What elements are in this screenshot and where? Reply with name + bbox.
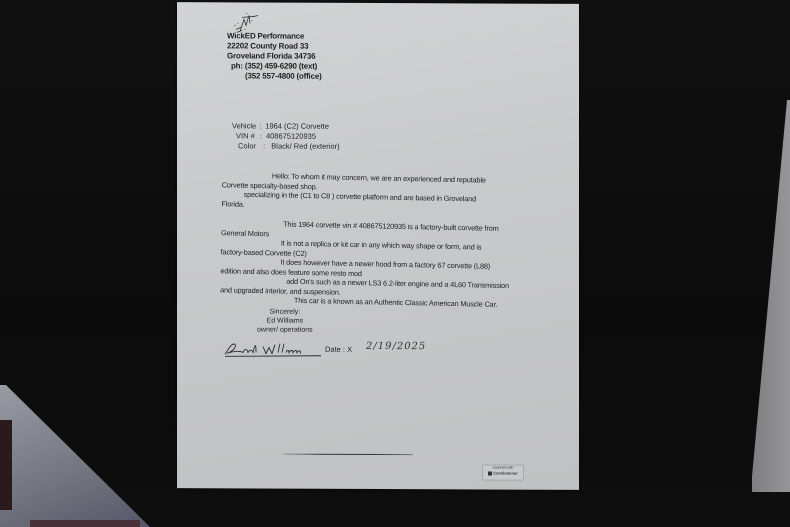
company-name: WickED Performance bbox=[227, 31, 322, 41]
valediction: Sincerely: bbox=[257, 307, 313, 316]
color-label: Color bbox=[232, 141, 256, 151]
foreground-bottom-edge bbox=[30, 520, 140, 527]
company-phone-text: ph: (352) 459-6290 (text) bbox=[227, 61, 322, 71]
footer-rule bbox=[283, 454, 413, 456]
vin-label: VIN # bbox=[232, 131, 255, 141]
vin-value: 408675120935 bbox=[266, 132, 316, 142]
foreground-frame-edge bbox=[0, 420, 12, 510]
company-city: Groveland Florida 34736 bbox=[227, 51, 322, 61]
separator: : bbox=[256, 141, 271, 151]
separator: : bbox=[255, 131, 266, 141]
scanner-brand: CamScanner bbox=[493, 471, 517, 476]
color-value: Black/ Red (exterior) bbox=[271, 142, 339, 152]
vehicle-details: Vehicle : 1964 (C2) Corvette VIN # : 408… bbox=[232, 121, 340, 151]
letterhead: WickED Performance 22202 County Road 33 … bbox=[227, 31, 322, 81]
date-value: 2/19/2025 bbox=[366, 341, 426, 352]
signer-name: Ed Williams bbox=[257, 316, 313, 325]
letter-document: WickED Performance 22202 County Road 33 … bbox=[177, 2, 579, 490]
letter-body: Hello: To whom it may concern, we are an… bbox=[220, 170, 522, 309]
camscanner-logo-icon bbox=[488, 471, 492, 475]
date-label: Date : X bbox=[325, 345, 352, 354]
signature-line: Date : X 2/19/2025 bbox=[223, 338, 463, 361]
closing-block: Sincerely: Ed Williams owner/ operations bbox=[257, 307, 313, 334]
company-logo-icon bbox=[232, 11, 260, 33]
separator: : bbox=[256, 121, 265, 131]
vehicle-label: Vehicle bbox=[232, 121, 256, 131]
signer-title: owner/ operations bbox=[257, 325, 313, 334]
camscanner-badge: Scanned with CamScanner bbox=[482, 464, 524, 480]
company-phone-office: (352 557-4800 (office) bbox=[227, 71, 322, 81]
vehicle-value: 1964 (C2) Corvette bbox=[265, 122, 329, 132]
handwritten-signature-icon bbox=[223, 338, 323, 360]
company-street: 22202 County Road 33 bbox=[227, 41, 322, 51]
